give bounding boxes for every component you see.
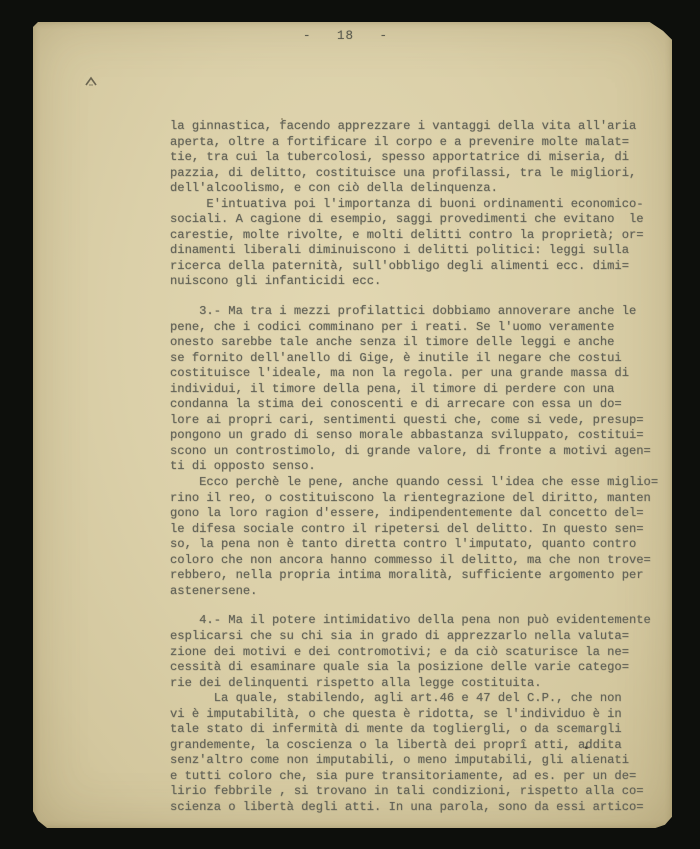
text-line: astenersene. (170, 584, 666, 600)
text-line: esplicarsi che su chi sia in grado di ap… (170, 629, 666, 645)
text-line: rie dei delinquenti rispetto alla legge … (170, 676, 666, 692)
text-line: senz'altro come non imputabili, o meno i… (170, 753, 666, 769)
text-line: dinamenti liberali diminuiscono i delitt… (170, 243, 666, 259)
text-line: lirio febbrile , si trovano in tali cond… (170, 784, 666, 800)
text-line: 4.- Ma il potere intimidativo della pena… (170, 613, 666, 629)
text-line: lore ai propri cari, sentimenti questi c… (170, 413, 666, 429)
paragraph: E'intuativa poi l'importanza di buoni or… (170, 197, 666, 290)
text-line: dell'alcoolismo, e con ciò della delinqu… (170, 181, 666, 197)
text-line: scienza o libertà degli atti. In una par… (170, 800, 666, 816)
text-line: E'intuativa poi l'importanza di buoni or… (170, 197, 666, 213)
text-line: le difesa sociale contro il ripetersi de… (170, 522, 666, 538)
paragraph: 3.- Ma tra i mezzi profilattici dobbiamo… (170, 304, 666, 475)
text-line: coloro che non ancora hanno commesso il … (170, 553, 666, 569)
paper-blemish-mark (84, 76, 98, 87)
text-line: pongono un grado di senso morale abbasta… (170, 428, 666, 444)
paragraph: Ecco perchè le pene, anche quando cessi … (170, 475, 666, 599)
text-line: carestie, molte rivolte, e molti delitti… (170, 228, 666, 244)
text-line: pene, che i codici comminano per i reati… (170, 320, 666, 336)
text-line: cessità di esaminare quale sia la posizi… (170, 660, 666, 676)
text-line: la ginnastica, facendo apprezzare i vant… (170, 119, 666, 135)
text-line: Ecco perchè le pene, anche quando cessi … (170, 475, 666, 491)
text-line: pazzia, di delitto, costituisce una prof… (170, 166, 666, 182)
text-line: costituisce l'ideale, ma non la regola. … (170, 366, 666, 382)
text-block: la ginnastica, facendo apprezzare i vant… (170, 119, 666, 816)
text-line: onesto sarebbe tale anche senza il timor… (170, 335, 666, 351)
page-number: - 18 - (33, 29, 658, 43)
text-line: ti di opposto senso. (170, 459, 666, 475)
text-line: gono la loro ragion d'essere, indipenden… (170, 506, 666, 522)
text-line: so, la pena non è tanto diretta contro l… (170, 537, 666, 553)
paragraph: La quale, stabilendo, agli art.46 e 47 d… (170, 691, 666, 815)
scanned-page-background: - 18 - la ginnastica, facendo apprezzare… (0, 0, 700, 849)
text-line: vi è imputabilità, o che questa è ridott… (170, 707, 666, 723)
text-line: rebbero, nella propria intima moralità, … (170, 568, 666, 584)
text-line: grandemente, la coscienza o la libertà d… (170, 738, 666, 754)
text-line: La quale, stabilendo, agli art.46 e 47 d… (170, 691, 666, 707)
text-line: scono un controstimolo, di grande valore… (170, 444, 666, 460)
text-line: nuiscono gli infanticidi ecc. (170, 274, 666, 290)
text-line: rino il reo, o costituiscono la rientegr… (170, 491, 666, 507)
text-line: individui, il timore della pena, il timo… (170, 382, 666, 398)
text-line: tale stato di infermità di mente da togl… (170, 722, 666, 738)
text-line: condanna la stima dei conoscenti e di ar… (170, 397, 666, 413)
text-line: tie, tra cui la tubercolosi, spesso appo… (170, 150, 666, 166)
text-line: sociali. A cagione di esempio, saggi pro… (170, 212, 666, 228)
text-line: ricerca della paternità, sull'obbligo de… (170, 259, 666, 275)
paragraph: 4.- Ma il potere intimidativo della pena… (170, 613, 666, 691)
text-line: aperta, oltre a fortificare il corpo e a… (170, 135, 666, 151)
typewritten-page: - 18 - la ginnastica, facendo apprezzare… (33, 22, 672, 828)
text-line: e tutti coloro che, sia pure transitoria… (170, 769, 666, 785)
paragraph: la ginnastica, facendo apprezzare i vant… (170, 119, 666, 197)
text-line: 3.- Ma tra i mezzi profilattici dobbiamo… (170, 304, 666, 320)
text-line: se fornito dell'anello di Gige, è inutil… (170, 351, 666, 367)
text-line: zione dei motivi e dei contromotivi; e d… (170, 645, 666, 661)
